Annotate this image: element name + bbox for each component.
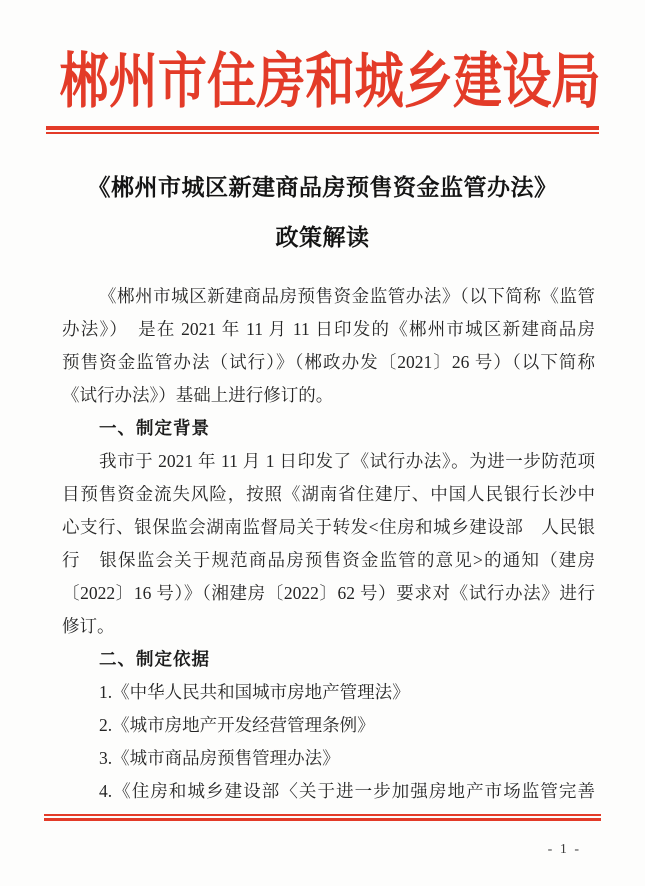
- footer-rule-thin-bar: [44, 814, 601, 816]
- body-text-line: 〔2022〕16 号）》（湘建房〔2022〕62 号）要求对《试行办法》进行: [62, 577, 595, 610]
- section-heading: 二、制定依据: [62, 643, 595, 676]
- footer-rule: [44, 814, 601, 821]
- body-text-line: 2.《城市房地产开发经营管理条例》: [62, 709, 595, 742]
- body-text-line: 《郴州市城区新建商品房预售资金监管办法》（以下简称《监管: [62, 280, 595, 313]
- page-number: - 1 -: [548, 842, 581, 858]
- doc-title: 《郴州市城区新建商品房预售资金监管办法》 政策解读: [0, 163, 645, 263]
- body-text-line: 修订。: [62, 610, 595, 643]
- section-heading: 一、制定背景: [62, 412, 595, 445]
- body-text-line: 《试行办法》）基础上进行修订的。: [62, 379, 595, 412]
- body-text-line: 目预售资金流失风险，按照《湖南省住建厅、中国人民银行长沙中: [62, 478, 595, 511]
- doc-title-line1: 《郴州市城区新建商品房预售资金监管办法》: [0, 163, 645, 213]
- document-page: 郴州市住房和城乡建设局 《郴州市城区新建商品房预售资金监管办法》 政策解读 《郴…: [0, 0, 645, 886]
- body-text-line: 办法》） 是在 2021 年 11 月 11 日印发的《郴州市城区新建商品房: [62, 313, 595, 346]
- letterhead: 郴州市住房和城乡建设局: [0, 34, 645, 120]
- doc-title-line2: 政策解读: [0, 213, 645, 263]
- body-text-line: 心支行、银保监会湖南监督局关于转发<住房和城乡建设部 人民银: [62, 511, 595, 544]
- body-text-line: 1.《中华人民共和国城市房地产管理法》: [62, 676, 595, 709]
- body-text-line: 3.《城市商品房预售管理办法》: [62, 742, 595, 775]
- header-rule-thin-bar: [46, 132, 599, 134]
- footer-rule-thick-bar: [44, 818, 601, 821]
- org-header-title: 郴州市住房和城乡建设局: [59, 34, 600, 120]
- body-text-line: 行 银保监会关于规范商品房预售资金监管的意见>的通知（建房: [62, 544, 595, 577]
- header-rule-thick-bar: [46, 126, 599, 130]
- body-text-line: 我市于 2021 年 11 月 1 日印发了《试行办法》。为进一步防范项: [62, 445, 595, 478]
- document-body: 《郴州市城区新建商品房预售资金监管办法》（以下简称《监管办法》） 是在 2021…: [62, 280, 595, 808]
- header-rule: [46, 126, 599, 134]
- body-text-line: 预售资金监管办法（试行）》（郴政办发〔2021〕26 号）（以下简称: [62, 346, 595, 379]
- body-text-line: 4.《住房和城乡建设部〈关于进一步加强房地产市场监管完善: [62, 775, 595, 808]
